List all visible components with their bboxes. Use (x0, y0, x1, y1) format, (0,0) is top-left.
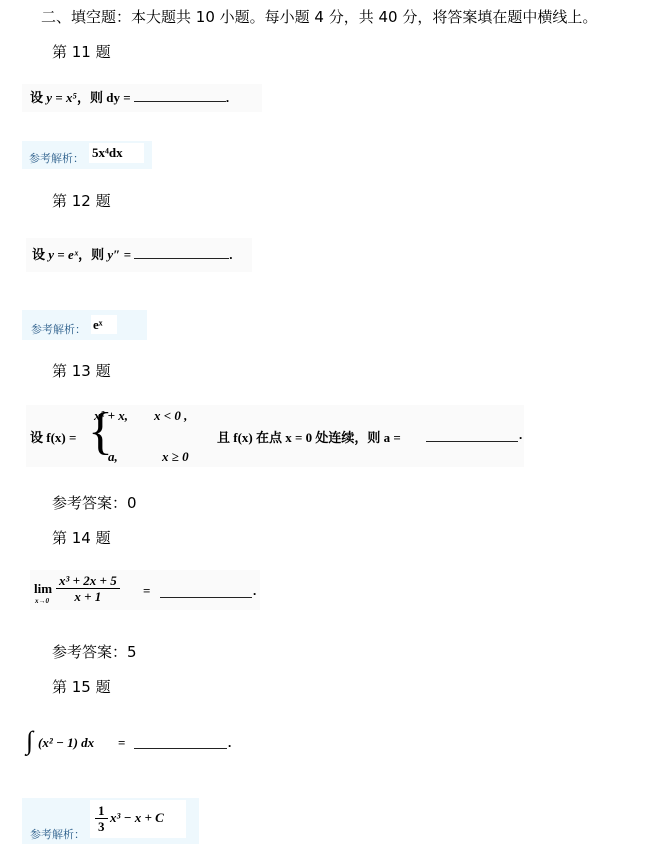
answer-blank (134, 101, 226, 102)
question-title-12: 第 12 题 (52, 191, 111, 211)
question-12-prompt: 设 y = eˣ，则 y″ = . (26, 238, 252, 272)
answer-blank (160, 584, 252, 598)
answer-label: 参考解析： (30, 826, 85, 842)
answer-value: eˣ (91, 315, 117, 334)
answer-value: 0 (127, 494, 137, 512)
answer-box-15: 参考解析： 1 3 x³ − x + C (22, 798, 199, 844)
answer-blank (134, 736, 227, 749)
answer-line-14: 参考答案：5 (52, 642, 137, 662)
answer-value: 1 3 x³ − x + C (90, 800, 186, 838)
prompt-expression: y = x⁵ (46, 90, 77, 105)
fraction: x³ + 2x + 5 x + 1 (56, 573, 120, 604)
answer-blank (134, 258, 229, 259)
question-title-11: 第 11 题 (52, 42, 111, 62)
question-14-prompt: lim x→0 x³ + 2x + 5 x + 1 = . (30, 570, 260, 610)
answer-label: 参考答案： (52, 494, 127, 512)
answer-value: 5x⁴dx (89, 143, 144, 163)
answer-line-13: 参考答案：0 (52, 493, 137, 513)
question-title-15: 第 15 题 (52, 677, 111, 697)
prompt-expression: y = eˣ (48, 247, 78, 262)
integral-icon: ∫ (26, 726, 33, 756)
answer-box-12: 参考解析： eˣ (22, 310, 147, 340)
answer-value: 5 (127, 643, 137, 661)
section-header: 二、填空题：本大题共 10 小题。每小题 4 分，共 40 分，将答案填在题中横… (41, 7, 597, 27)
question-title-13: 第 13 题 (52, 361, 111, 381)
answer-label: 参考解析： (29, 150, 84, 166)
question-11-prompt: 设 y = x⁵，则 dy = . (22, 84, 262, 112)
answer-blank (426, 429, 518, 442)
question-title-14: 第 14 题 (52, 528, 111, 548)
lim-operator: lim (34, 581, 52, 597)
answer-label: 参考解析： (31, 321, 86, 337)
question-15-prompt: ∫ (x² − 1) dx = . (26, 728, 236, 760)
question-13-prompt: 设 f(x) = { x² + x, x < 0 , a, x ≥ 0 且 f(… (26, 405, 524, 467)
answer-box-11: 参考解析： 5x⁴dx (22, 141, 152, 169)
answer-label: 参考答案： (52, 643, 127, 661)
fraction: 1 3 (95, 803, 108, 834)
